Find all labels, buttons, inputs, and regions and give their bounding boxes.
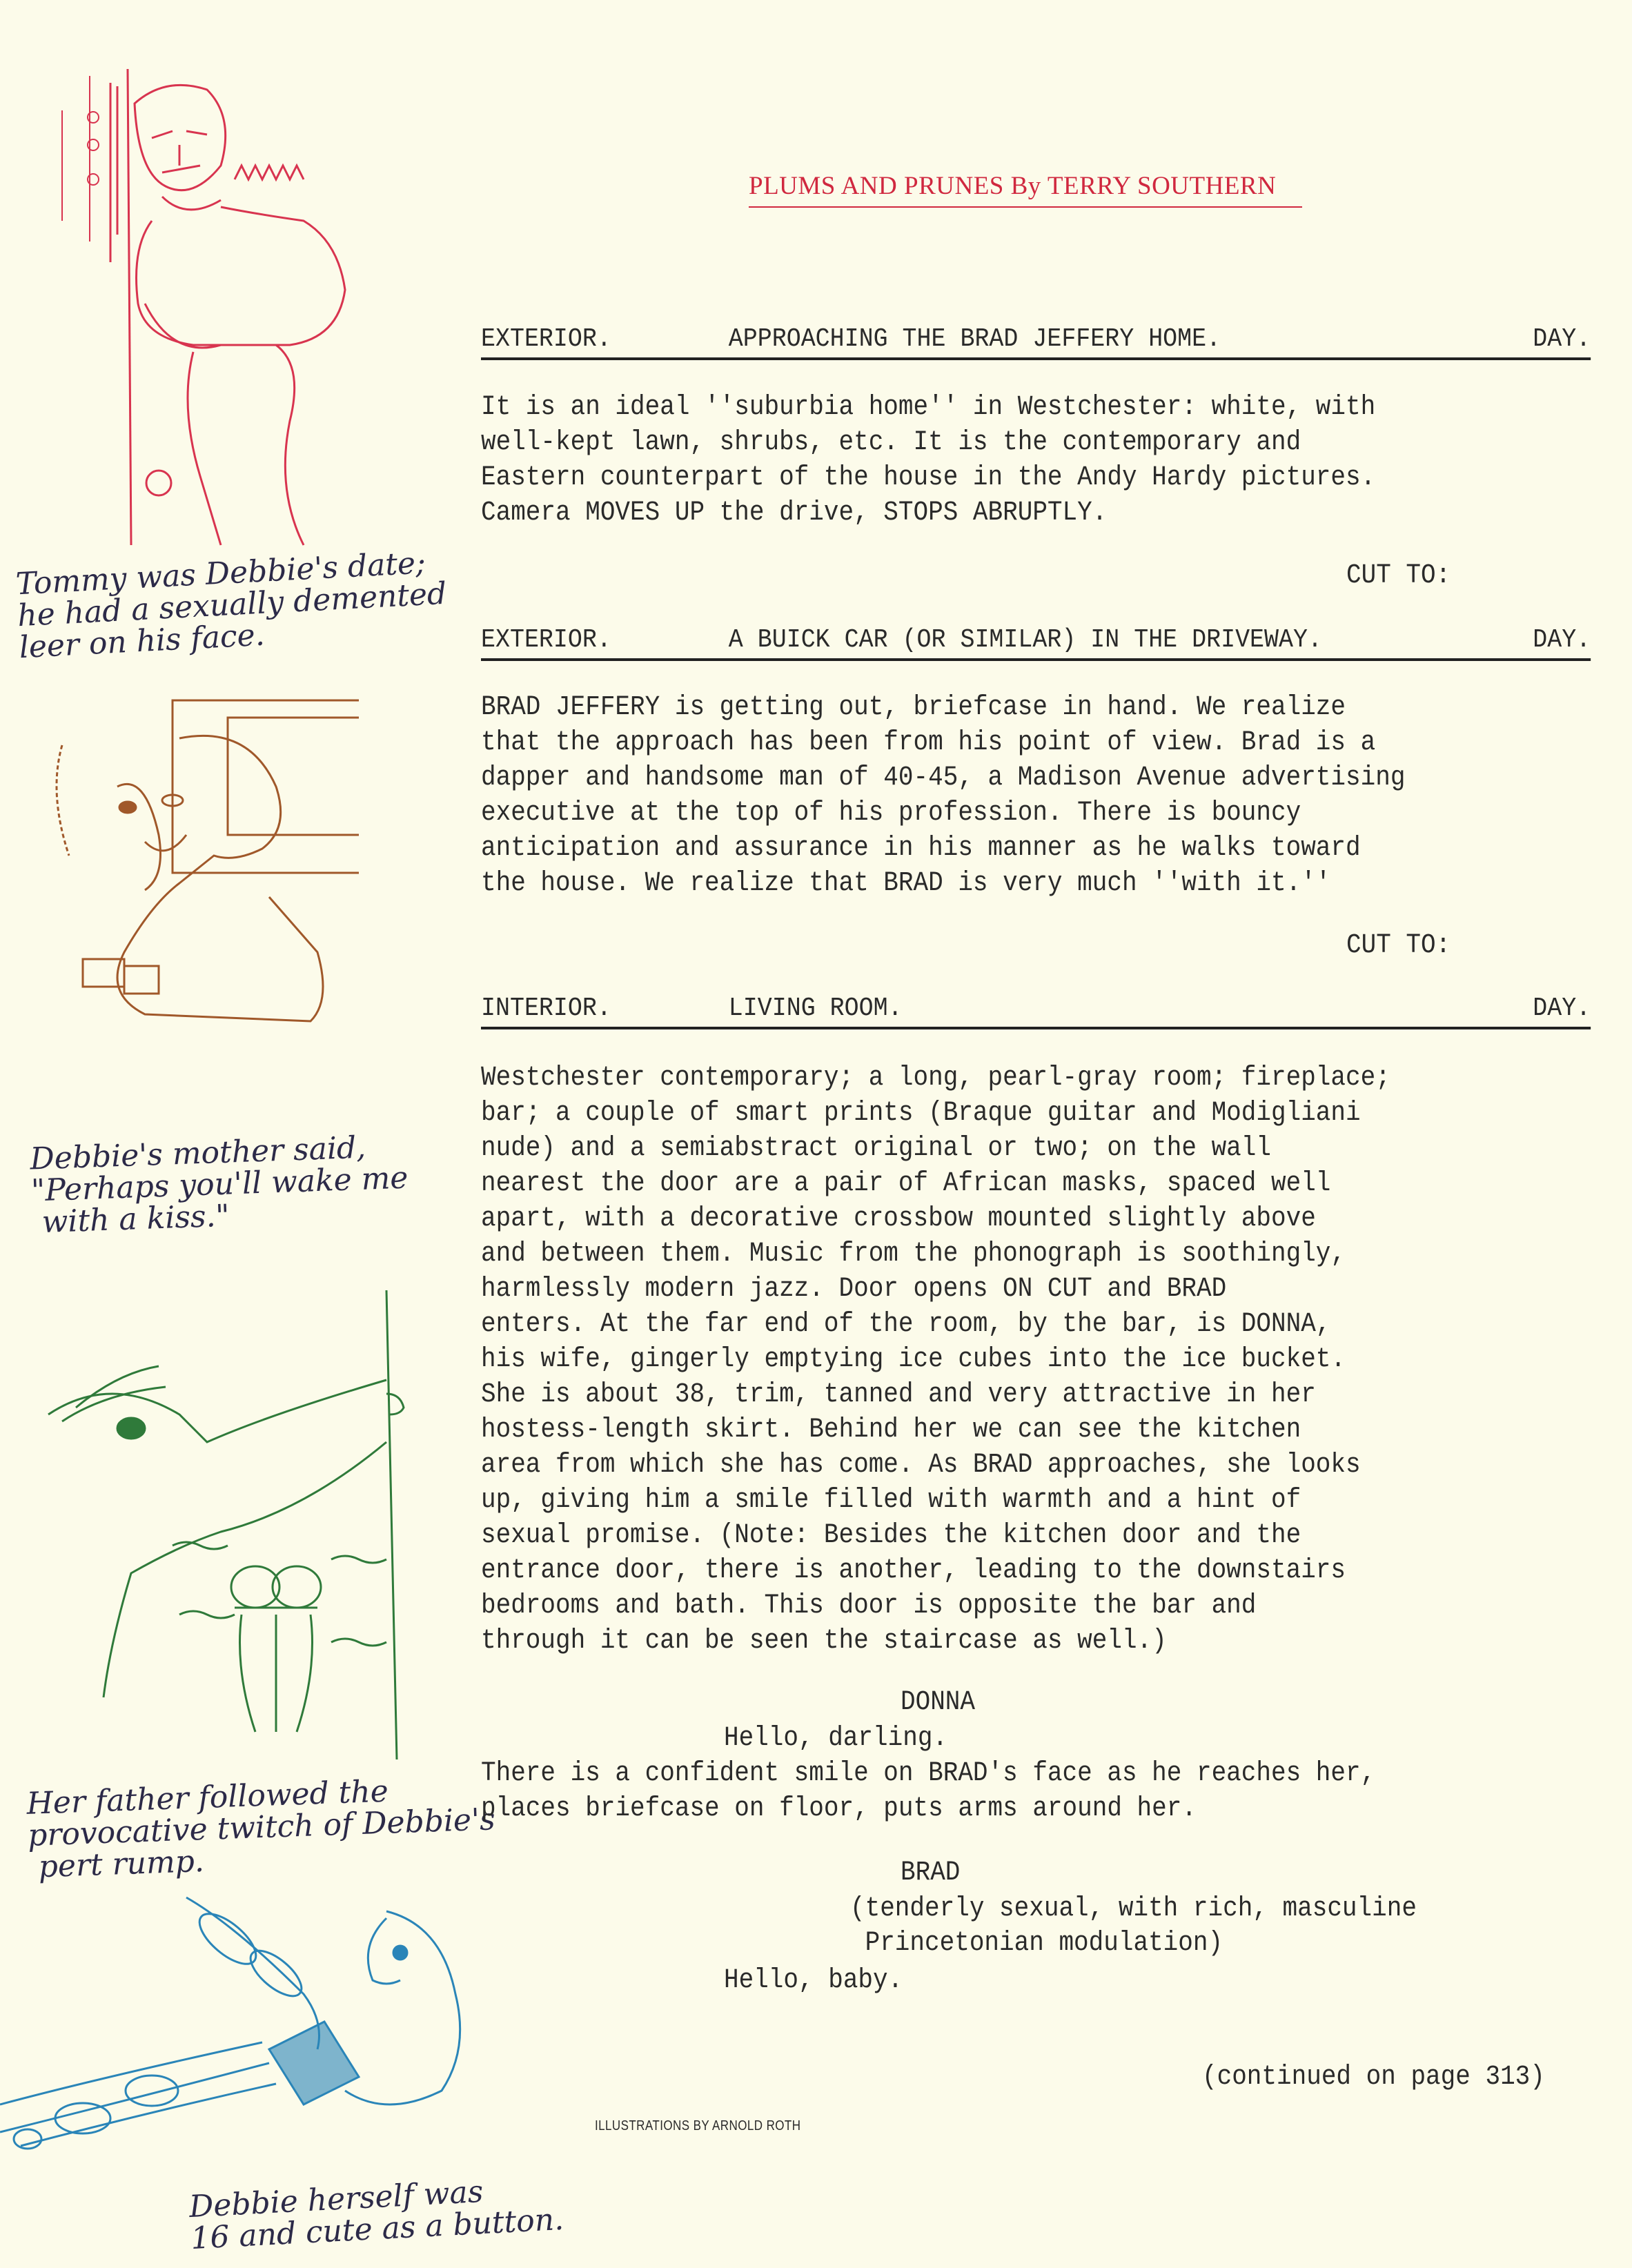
scene-location: LIVING ROOM. bbox=[729, 994, 903, 1024]
action-line: There is a confident smile on BRAD's fac… bbox=[481, 1756, 1375, 1826]
scene-description-3: Westchester contemporary; a long, pearl-… bbox=[481, 1061, 1390, 1659]
mother-illustration bbox=[41, 697, 359, 1125]
scene-time: DAY. bbox=[1533, 625, 1591, 655]
scene-time: DAY. bbox=[1533, 994, 1591, 1024]
caption-father: Her father followed the provocative twit… bbox=[26, 1772, 497, 1884]
character-name-donna: DONNA bbox=[901, 1687, 975, 1718]
scene-heading-2: EXTERIOR. A BUICK CAR (OR SIMILAR) IN TH… bbox=[481, 625, 1591, 661]
dialogue-brad: Hello, baby. bbox=[724, 1965, 903, 1996]
caption-debbie: Debbie herself was 16 and cute as a butt… bbox=[188, 2172, 564, 2255]
transition-2: CUT TO: bbox=[1346, 930, 1451, 961]
scene-description-2: BRAD JEFFERY is getting out, briefcase i… bbox=[481, 690, 1405, 901]
scene-heading-1: EXTERIOR. APPROACHING THE BRAD JEFFERY H… bbox=[481, 324, 1591, 360]
caption-mother: Debbie's mother said, "Perhaps you'll wa… bbox=[30, 1131, 410, 1239]
debbie-bird-illustration bbox=[0, 1884, 497, 2160]
illustration-credit: ILLUSTRATIONS BY ARNOLD ROTH bbox=[595, 2118, 800, 2134]
scene-heading-3: INTERIOR. LIVING ROOM. DAY. bbox=[481, 994, 1591, 1029]
character-name-brad: BRAD bbox=[901, 1857, 960, 1889]
transition-1: CUT TO: bbox=[1346, 560, 1451, 591]
caption-tommy: Tommy was Debbie's date; he had a sexual… bbox=[15, 546, 449, 664]
scene-type: EXTERIOR. bbox=[481, 324, 611, 355]
continued-note: (continued on page 313) bbox=[1202, 2062, 1545, 2093]
scene-location: A BUICK CAR (OR SIMILAR) IN THE DRIVEWAY… bbox=[729, 625, 1322, 655]
father-illustration bbox=[28, 1283, 414, 1780]
scene-type: EXTERIOR. bbox=[481, 625, 611, 655]
tommy-illustration bbox=[14, 62, 400, 559]
parenthetical-brad: (tenderly sexual, with rich, masculine P… bbox=[850, 1892, 1417, 1961]
scene-time: DAY. bbox=[1533, 324, 1591, 355]
scene-type: INTERIOR. bbox=[481, 994, 611, 1024]
scene-location: APPROACHING THE BRAD JEFFERY HOME. bbox=[729, 324, 1221, 355]
article-title: PLUMS AND PRUNES By TERRY SOUTHERN bbox=[749, 171, 1302, 208]
dialogue-donna: Hello, darling. bbox=[724, 1723, 947, 1754]
scene-description-1: It is an ideal ''suburbia home'' in West… bbox=[481, 390, 1375, 531]
